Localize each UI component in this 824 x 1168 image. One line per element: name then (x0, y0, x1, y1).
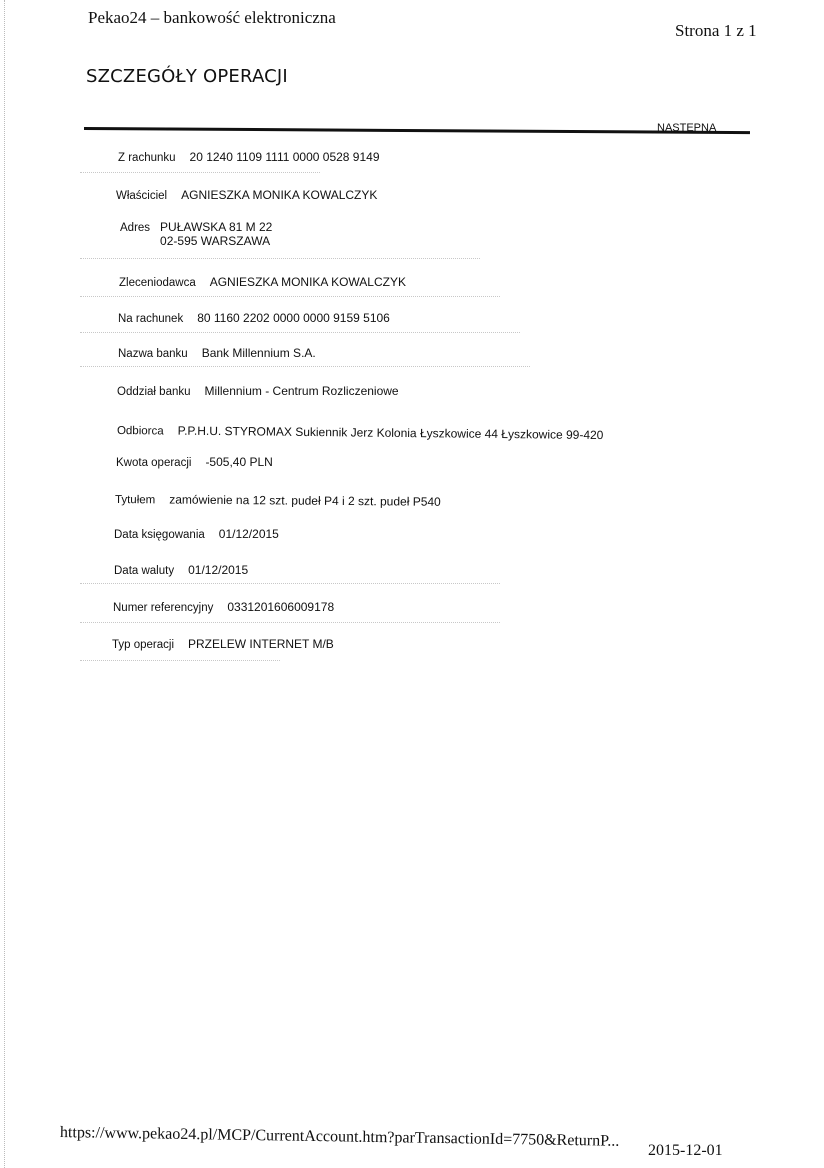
detail-row-operation-type: Typ operacjiPRZELEW INTERNET M/B (112, 637, 334, 651)
detail-label: Kwota operacji (116, 457, 191, 469)
detail-label: Data waluty (114, 565, 174, 577)
detail-value: zamówienie na 12 szt. pudeł P4 i 2 szt. … (169, 492, 441, 508)
detail-label: Zleceniodawca (119, 277, 196, 289)
detail-label: Odbiorca (117, 425, 164, 437)
detail-label: Adres (120, 222, 150, 234)
print-header-title: Pekao24 – bankowość elektroniczna (88, 8, 336, 28)
row-separator (80, 332, 520, 333)
footer-date: 2015-12-01 (648, 1142, 723, 1160)
detail-row-source-account: Z rachunku20 1240 1109 1111 0000 0528 91… (118, 150, 380, 164)
detail-value: PRZELEW INTERNET M/B (188, 637, 334, 651)
page-number: Strona 1 z 1 (675, 21, 757, 41)
row-separator (80, 660, 280, 661)
header-divider (84, 127, 750, 134)
detail-row-recipient: OdbiorcaP.P.H.U. STYROMAX Sukiennik Jerz… (117, 423, 604, 442)
row-separator (80, 583, 500, 584)
detail-row-owner: WłaścicielAGNIESZKA MONIKA KOWALCZYK (116, 188, 377, 202)
detail-label: Typ operacji (112, 639, 174, 651)
detail-label: Na rachunek (118, 313, 183, 325)
detail-row-amount: Kwota operacji-505,40 PLN (116, 455, 273, 469)
row-separator (80, 366, 530, 367)
detail-value: AGNIESZKA MONIKA KOWALCZYK (181, 188, 377, 202)
detail-row-target-account: Na rachunek80 1160 2202 0000 0000 9159 5… (118, 311, 390, 325)
detail-label: Właściciel (116, 190, 167, 202)
detail-label: Nazwa banku (118, 348, 188, 360)
detail-value: 80 1160 2202 0000 0000 9159 5106 (197, 311, 390, 325)
page-title: SZCZEGÓŁY OPERACJI (86, 66, 288, 87)
detail-value: 01/12/2015 (219, 527, 279, 541)
detail-value-line2: 02-595 WARSZAWA (160, 234, 270, 248)
detail-row-orderer: ZleceniodawcaAGNIESZKA MONIKA KOWALCZYK (119, 275, 406, 289)
row-separator (80, 172, 320, 173)
detail-row-bank-name: Nazwa bankuBank Millennium S.A. (118, 346, 316, 360)
row-separator (80, 296, 500, 297)
detail-label: Oddział banku (117, 386, 191, 398)
detail-row-bank-branch: Oddział bankuMillennium - Centrum Rozlic… (117, 384, 399, 398)
detail-value: Millennium - Centrum Rozliczeniowe (205, 384, 399, 398)
detail-label: Numer referencyjny (113, 602, 213, 614)
page-edge (4, 0, 6, 1168)
detail-row-booking-date: Data księgowania01/12/2015 (114, 527, 279, 541)
detail-value: P.P.H.U. STYROMAX Sukiennik Jerz Kolonia… (178, 424, 604, 442)
footer-url: https://www.pekao24.pl/MCP/CurrentAccoun… (60, 1124, 620, 1151)
detail-row-title: Tytułemzamówienie na 12 szt. pudeł P4 i … (115, 492, 441, 509)
detail-value: 20 1240 1109 1111 0000 0528 9149 (190, 150, 380, 164)
detail-row-reference-number: Numer referencyjny0331201606009178 (113, 600, 334, 614)
detail-value: -505,40 PLN (205, 455, 272, 469)
detail-value: AGNIESZKA MONIKA KOWALCZYK (210, 275, 406, 289)
row-separator (80, 622, 500, 623)
detail-row-value-date: Data waluty01/12/2015 (114, 563, 248, 577)
detail-label: Data księgowania (114, 529, 205, 541)
row-separator (80, 258, 480, 259)
detail-value: 0331201606009178 (227, 600, 334, 614)
detail-row-address: AdresPUŁAWSKA 81 M 2202-595 WARSZAWA (120, 220, 272, 248)
detail-value: Bank Millennium S.A. (202, 346, 316, 360)
detail-value: 01/12/2015 (188, 563, 248, 577)
detail-value: PUŁAWSKA 81 M 22 (160, 220, 272, 234)
detail-label: Z rachunku (118, 152, 176, 164)
detail-label: Tytułem (115, 494, 155, 506)
